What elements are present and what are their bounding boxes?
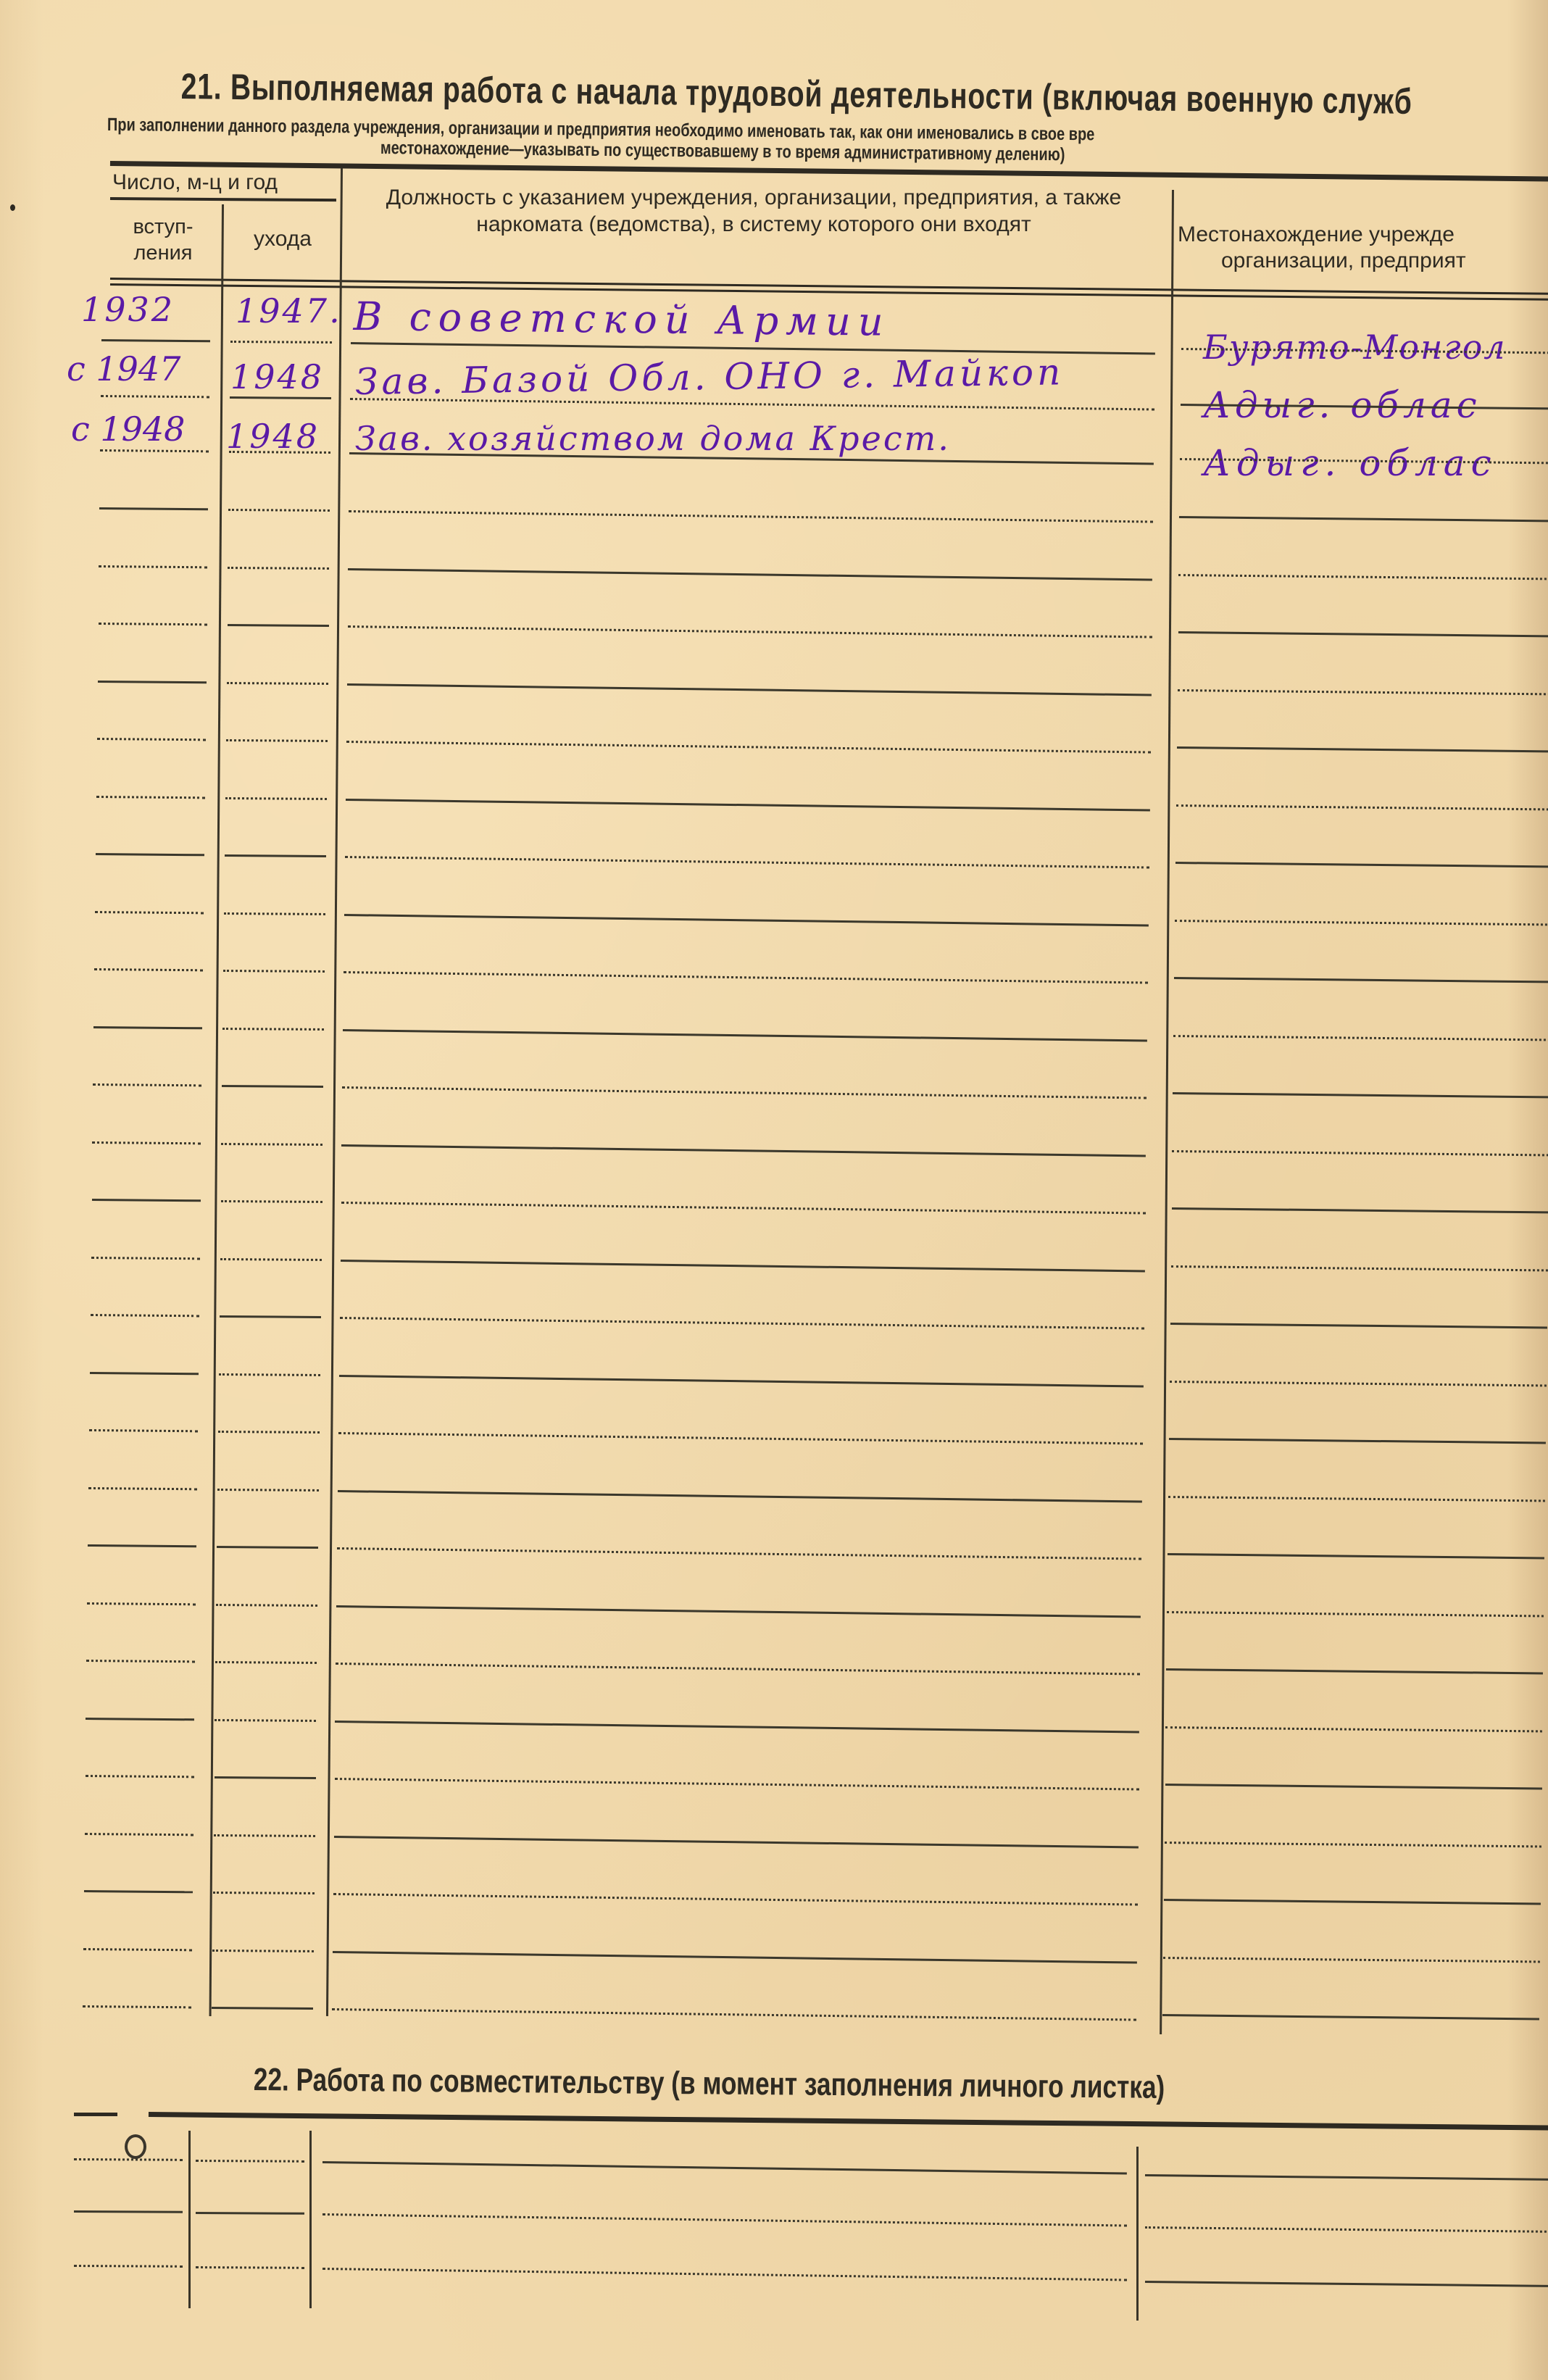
table-21-row-line xyxy=(99,565,207,568)
table-21-row-line xyxy=(337,1547,1141,1560)
table-21-row-line xyxy=(339,1375,1144,1388)
table-21-row-line xyxy=(83,2005,191,2008)
table-21-row-line xyxy=(1172,1150,1548,1156)
table-21-row-line xyxy=(333,1893,1138,1906)
table-21-row-line xyxy=(85,1833,193,1836)
table-21-row-line xyxy=(341,1144,1146,1157)
table-21-row-line xyxy=(1165,1842,1541,1847)
divider-position-location xyxy=(1160,190,1174,2034)
table-21-row-line xyxy=(215,1719,316,1722)
margin-dot xyxy=(10,204,15,211)
table-21-row-line xyxy=(332,2008,1136,2021)
row-2-position: Зав. Базой Обл. ОНО г. Майкоп xyxy=(355,351,1065,403)
row-3-exit: 1948 xyxy=(226,417,320,456)
table-21-row-line xyxy=(347,625,1152,638)
table-21-row-line xyxy=(91,1199,200,1202)
table-21-row-line xyxy=(213,1892,315,1894)
table-21-row-line xyxy=(88,1487,197,1490)
table-21-row-line xyxy=(220,1315,321,1318)
table-21-row-line xyxy=(341,1202,1145,1215)
table-21-row-line xyxy=(212,2007,313,2010)
table-21-row-line xyxy=(333,1951,1137,1964)
table-21-row-line xyxy=(1170,1381,1547,1386)
table-21-row-line xyxy=(97,738,206,741)
table-21-row-line xyxy=(230,396,331,399)
table-21-row-line xyxy=(1168,1496,1545,1502)
table-21-row-line xyxy=(1176,804,1548,810)
row-1-entry: 1932 xyxy=(81,290,175,329)
table-22-divider-1 xyxy=(188,2131,191,2308)
table-21-row-line xyxy=(228,567,329,570)
table-22-row-line xyxy=(74,2158,183,2161)
header-date-group: Число, м-ц и год xyxy=(112,170,330,196)
table-21-row-line xyxy=(343,1029,1147,1042)
table-21-row-line xyxy=(99,507,208,510)
table-21-row-line xyxy=(222,1028,324,1031)
table-21-row-line xyxy=(225,797,327,800)
table-21-row-line xyxy=(224,912,325,915)
table-21-row-line xyxy=(1178,689,1548,695)
header-entry: вступ-ления xyxy=(116,214,210,267)
table-21-row-line xyxy=(215,1661,317,1664)
table-22-row-line xyxy=(196,2266,304,2269)
table-21-row-line xyxy=(94,968,203,971)
table-21-row-line xyxy=(347,683,1152,696)
table-21-row-line xyxy=(85,1775,193,1778)
table-21-row-line xyxy=(220,1258,322,1261)
table-21-row-line xyxy=(334,1836,1139,1849)
table-21-row-line xyxy=(227,682,328,685)
row-3-location: Адыг. облас xyxy=(1203,442,1497,484)
table-21-row-line xyxy=(228,509,330,512)
table-21-row-line xyxy=(336,1663,1140,1676)
table-21-row-line xyxy=(225,854,326,857)
row-3-position: Зав. хозяйством дома Крест. xyxy=(355,419,951,458)
table-21-row-line xyxy=(91,1314,199,1317)
divider-date-position xyxy=(326,168,343,2016)
table-21-row-line xyxy=(88,1544,196,1547)
row-1-location: Бурято-Монгол xyxy=(1203,328,1507,367)
table-21-row-line xyxy=(222,1085,323,1088)
table-21-row-line xyxy=(338,1490,1142,1503)
table-22-row-line xyxy=(196,2160,304,2163)
table-21-row-line xyxy=(1175,920,1548,925)
table-21-row-line xyxy=(101,395,209,398)
table-22-top-rule-left xyxy=(74,2113,117,2116)
table-22-divider-3 xyxy=(1136,2147,1139,2321)
table-21-row-line xyxy=(351,342,1155,355)
table-21-row-line xyxy=(221,1143,322,1146)
table-21-row-line xyxy=(91,1257,200,1260)
table-22-row-line xyxy=(74,2210,183,2213)
row-2-exit: 1948 xyxy=(230,357,324,396)
table-21-row-line xyxy=(1163,1957,1540,1963)
section-22-title: 22. Работа по совместительству (в момент… xyxy=(254,2062,1165,2106)
table-21-row-line xyxy=(340,1317,1144,1330)
table-21-row-line xyxy=(214,1776,315,1779)
table-21-row-line xyxy=(96,796,205,799)
table-21-row-line xyxy=(1166,1668,1543,1674)
table-21-row-line xyxy=(350,398,1154,411)
table-21-row-line xyxy=(95,911,204,914)
table-21-row-line xyxy=(1178,631,1548,637)
table-22-row-line xyxy=(74,2265,183,2268)
table-21-row-line xyxy=(1167,1611,1544,1617)
table-22-divider-2 xyxy=(309,2131,312,2308)
table-21-row-line xyxy=(83,1948,192,1951)
table-21-row-line xyxy=(216,1604,317,1607)
table-21-row-line xyxy=(342,1086,1147,1099)
table-21-row-line xyxy=(223,970,325,973)
table-21-row-line xyxy=(1171,1265,1548,1271)
table-21-row-line xyxy=(1179,516,1548,522)
row-2-entry: с 1947 xyxy=(67,349,180,388)
header-exit: ухода xyxy=(225,226,341,252)
table-21-row-line xyxy=(92,1141,201,1144)
table-21-row-line xyxy=(226,739,328,742)
header-location-line2: организации, предприят xyxy=(1178,248,1548,274)
table-21-row-line xyxy=(348,568,1152,581)
row-1-exit: 1947. xyxy=(236,291,342,330)
table-21-row-line xyxy=(86,1660,195,1663)
divider-entry-exit xyxy=(209,204,224,2016)
table-21-row-line xyxy=(345,856,1149,869)
table-21-row-line xyxy=(1174,977,1548,983)
table-21-row-line xyxy=(218,1431,320,1434)
hole-mark xyxy=(125,2134,146,2159)
table-22-row-line xyxy=(1145,2226,1548,2233)
table-21-row-line xyxy=(230,341,332,344)
table-21-row-line xyxy=(84,1890,193,1893)
table-21-row-line xyxy=(89,1429,198,1432)
table-21-row-line xyxy=(101,339,210,342)
header-location: Местонахождение учрежде организации, пре… xyxy=(1178,222,1548,274)
table-21-row-line xyxy=(214,1834,315,1837)
table-21-row-line xyxy=(1168,1553,1544,1559)
table-21-row-line xyxy=(341,1260,1145,1273)
table-21-row-line xyxy=(1171,1207,1548,1213)
table-21-row-line xyxy=(212,1950,314,1952)
table-22-row-line xyxy=(322,2268,1127,2281)
table-22-row-line xyxy=(196,2212,304,2215)
table-21-row-line xyxy=(90,1372,199,1375)
table-21-row-line xyxy=(349,510,1153,523)
table-21-row-line xyxy=(1175,862,1548,867)
table-22-row-line xyxy=(1145,2281,1548,2287)
table-21-row-line xyxy=(1173,1092,1548,1098)
table-22-row-line xyxy=(1145,2174,1548,2181)
table-21-row-line xyxy=(344,971,1148,984)
table-21-row-line xyxy=(1170,1323,1547,1328)
table-21-row-line xyxy=(1162,2014,1539,2020)
table-21-row-line xyxy=(1173,1035,1548,1041)
table-22-row-line xyxy=(322,2161,1127,2174)
header-location-line1: Местонахождение учрежде xyxy=(1178,222,1548,248)
table-22-top-rule xyxy=(149,2112,1548,2131)
table-21-row-line xyxy=(344,914,1149,927)
table-21-row-line xyxy=(100,449,209,452)
table-21-row-line xyxy=(227,624,328,627)
table-21-row-line xyxy=(335,1720,1139,1734)
header-date-subrule xyxy=(110,197,336,201)
section-21-title: 21. Выполняемая работа с начала трудовой… xyxy=(181,65,1412,122)
table-22-row-line xyxy=(322,2213,1127,2226)
row-1-position: В советской Армии xyxy=(353,294,891,345)
table-21-row-line xyxy=(220,1200,322,1203)
table-21-row-line xyxy=(98,681,207,683)
table-21-row-line xyxy=(1177,746,1548,752)
table-21-row-line xyxy=(334,1778,1139,1791)
table-21-row-line xyxy=(217,1489,319,1491)
header-entry-label: вступ-ления xyxy=(133,215,193,265)
table-21-row-line xyxy=(1169,1438,1546,1444)
row-3-entry: с 1948 xyxy=(71,409,185,449)
table-21-row-line xyxy=(93,1026,202,1029)
table-21-row-line xyxy=(87,1602,196,1605)
table-21-row-line xyxy=(98,623,207,625)
table-21-row-line xyxy=(336,1605,1141,1618)
table-21-row-line xyxy=(346,799,1150,812)
header-position: Должность с указанием учреждения, органи… xyxy=(384,185,1123,238)
table-21-row-line xyxy=(217,1546,318,1549)
table-21-row-line xyxy=(346,741,1151,754)
table-21-row-line xyxy=(96,853,204,856)
table-21-row-line xyxy=(93,1083,201,1086)
table-21-row-line xyxy=(1178,574,1548,580)
table-21-row-line xyxy=(1165,1726,1542,1732)
table-21-row-line xyxy=(1165,1784,1541,1789)
table-21-row-line xyxy=(86,1718,194,1720)
table-21-row-line xyxy=(219,1373,320,1376)
table-21-row-line xyxy=(1164,1899,1541,1905)
table-21-row-line xyxy=(338,1432,1143,1445)
